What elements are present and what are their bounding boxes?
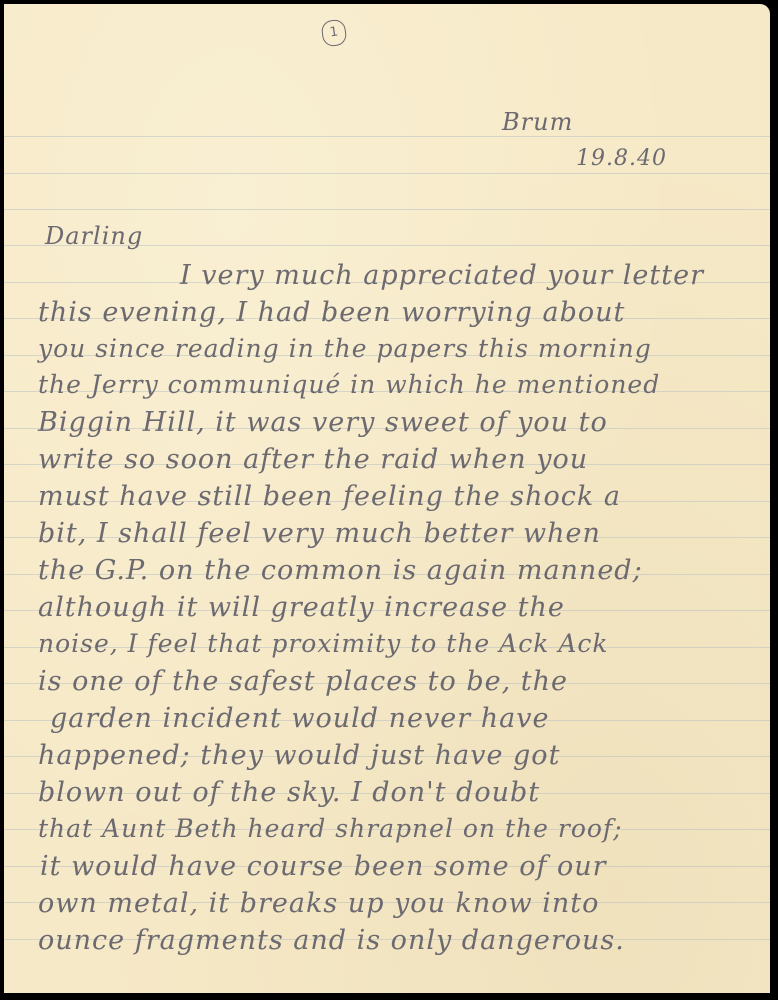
letter-line: Biggin Hill, it was very sweet of you to bbox=[38, 407, 608, 438]
date-heading: 19.8.40 bbox=[576, 146, 667, 171]
letter-line: although it will greatly increase the bbox=[38, 592, 565, 623]
letter-line: own metal, it breaks up you know into bbox=[38, 888, 599, 919]
letter-line: this evening, I had been worrying about bbox=[38, 297, 625, 328]
place-heading: Brum bbox=[502, 108, 573, 136]
letter-line: bit, I shall feel very much better when bbox=[38, 518, 601, 549]
letter-line: ounce fragments and is only dangerous. bbox=[38, 925, 625, 956]
letter-line: must have still been feeling the shock a bbox=[38, 481, 621, 512]
letter-line: the Jerry communiqué in which he mention… bbox=[38, 370, 660, 399]
letter-line: it would have course been some of our bbox=[40, 851, 607, 882]
ruled-line bbox=[4, 173, 770, 174]
letter-line: I very much appreciated your letter bbox=[180, 260, 704, 291]
letter-line: that Aunt Beth heard shrapnel on the roo… bbox=[38, 814, 623, 843]
salutation: Darling bbox=[45, 222, 143, 250]
letter-line: is one of the safest places to be, the bbox=[38, 666, 568, 697]
ruled-line bbox=[4, 136, 770, 137]
letter-line: blown out of the sky. I don't doubt bbox=[38, 777, 540, 808]
letter-line: write so soon after the raid when you bbox=[38, 444, 588, 475]
ruled-line bbox=[4, 209, 770, 210]
letter-line: garden incident would never have bbox=[50, 703, 549, 734]
letter-line: the G.P. on the common is again manned; bbox=[38, 555, 643, 586]
letter-line: you since reading in the papers this mor… bbox=[38, 334, 652, 363]
letter-line: noise, I feel that proximity to the Ack … bbox=[38, 629, 609, 658]
letter-line: happened; they would just have got bbox=[38, 740, 560, 771]
